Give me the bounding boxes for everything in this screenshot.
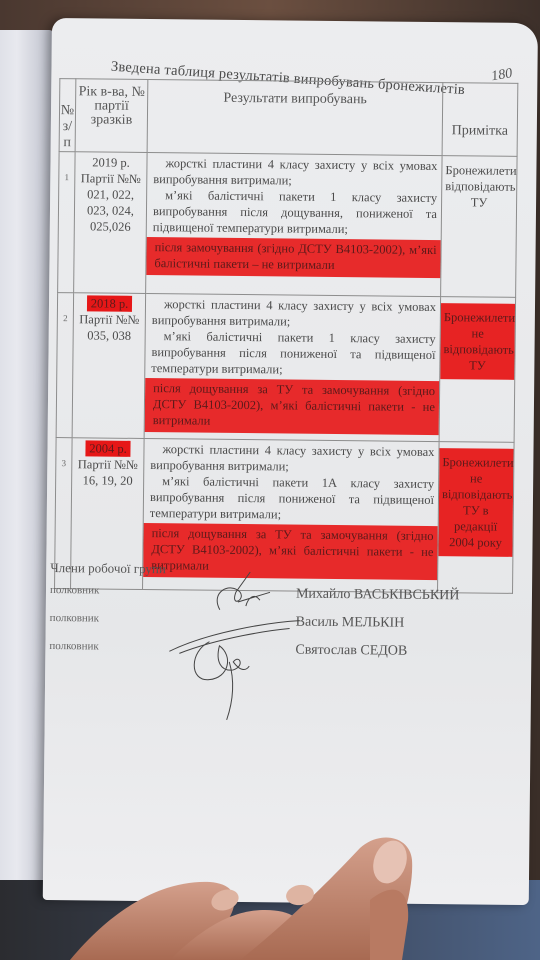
row-year: 2019 р.	[92, 155, 130, 169]
row-year-cell: 2019 р. Партії №№ 021, 022, 023, 024, 02…	[74, 152, 147, 294]
row-year-cell: 2018 р. Партії №№ 035, 038	[72, 293, 146, 439]
table-header-row: № з/п Рік в-ва, № партії зразків Результ…	[59, 79, 518, 157]
result-line: жорсткі пластини 4 класу захисту у всіх …	[150, 441, 434, 476]
signatory-rank: полковник	[50, 612, 99, 625]
row-year-highlighted: 2018 р.	[87, 295, 133, 311]
row-note-cell: Бронежилети не відповідають ТУ	[439, 297, 516, 443]
header-note: Примітка	[442, 83, 518, 157]
results-table: № з/п Рік в-ва, № партії зразків Результ…	[54, 78, 518, 594]
signatory-rank: полковник	[50, 584, 99, 597]
result-line: жорсткі пластини 4 класу захисту у всіх …	[152, 296, 436, 331]
handwritten-signatures-icon	[149, 561, 331, 723]
table-row: 1 2019 р. Партії №№ 021, 022, 023, 024, …	[58, 152, 517, 298]
row-number: 1	[58, 152, 75, 293]
row-results-cell: жорсткі пластини 4 класу захисту у всіх …	[144, 293, 441, 441]
table-row: 2 2018 р. Партії №№ 035, 038 жорсткі пла…	[56, 293, 515, 443]
result-line: жорсткі пластини 4 класу захисту у всіх …	[153, 155, 437, 190]
row-year-highlighted: 2004 р.	[85, 440, 131, 456]
document-page: Зведена таблиця результатів випробувань …	[43, 18, 538, 905]
signature-heading: Члени робочої групи	[50, 560, 166, 577]
result-line: м’які балістичні пакети 1 класу захисту …	[153, 187, 437, 238]
header-number: № з/п	[59, 79, 76, 152]
result-line: м’які балістичні пакети 1А класу захисту…	[150, 473, 434, 524]
header-year: Рік в-ва, № партії зразків	[75, 79, 148, 153]
row-note-highlighted: Бронежилети не відповідають ТУ в редакці…	[438, 448, 513, 557]
row-batches: Партії №№ 035, 038	[77, 311, 142, 344]
signature-block: Члени робочої групи полковник Михайло ВА…	[49, 560, 521, 725]
row-note: Бронежилети відповідають ТУ	[441, 156, 517, 298]
signatory-rank: полковник	[49, 640, 98, 653]
row-results-cell: жорсткі пластини 4 класу захисту у всіх …	[146, 153, 442, 297]
redacted-result-highlight: після замочування (згідно ДСТУ В4103-200…	[146, 237, 440, 278]
redacted-result-highlight: після дощування за ТУ та замочування (зг…	[145, 378, 440, 435]
row-batches: Партії №№ 021, 022, 023, 024, 025,026	[78, 170, 144, 235]
results-table-container: № з/п Рік в-ва, № партії зразків Результ…	[55, 78, 520, 523]
header-results: Результати випробувань	[147, 80, 443, 156]
row-batches: Партії №№ 16, 19, 20	[75, 456, 140, 489]
result-line: м’які балістичні пакети 1 класу захисту …	[151, 328, 435, 379]
row-note-highlighted: Бронежилети не відповідають ТУ	[440, 303, 515, 380]
row-number: 2	[56, 293, 74, 438]
